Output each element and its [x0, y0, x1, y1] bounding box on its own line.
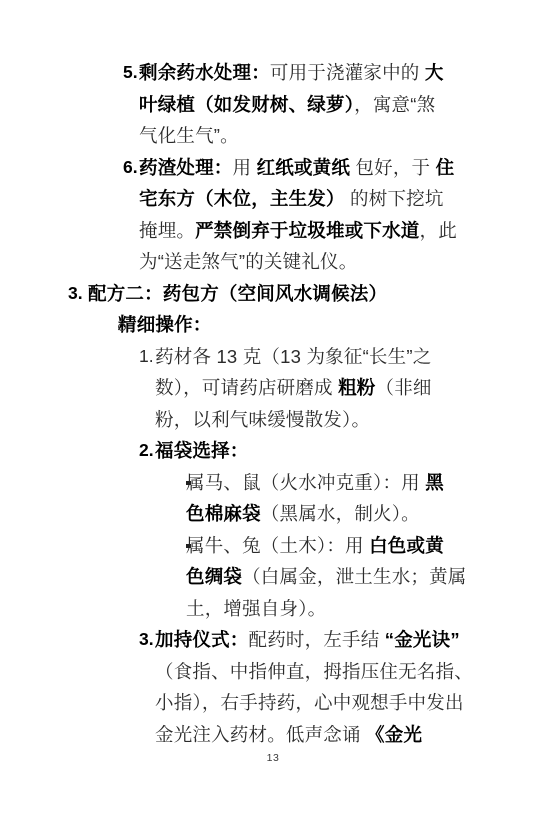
bold-text-run: 红纸或黄纸: [257, 157, 351, 178]
text-line: 精细操作：: [118, 309, 546, 341]
bold-text-run: 药渣处理：: [139, 157, 233, 178]
list-item-2-bag-selection: 2.福袋选择：: [155, 435, 546, 467]
text-line: 掩埋。严禁倒弃于垃圾堆或下水道，此: [139, 215, 546, 247]
bold-text-run: 色棉麻袋: [186, 503, 261, 524]
bold-text-run: 加持仪式：: [155, 629, 249, 650]
bold-text-run: 色绸袋: [186, 566, 242, 587]
text-run: 粉，以利气味缓慢散发）。: [155, 409, 370, 430]
text-line: 土，增强自身）。: [186, 593, 546, 625]
bold-text-run: 宅东方（木位，主生发）: [139, 188, 345, 209]
text-run: 金光注入药材。低声念诵: [155, 724, 366, 745]
text-line: 宅东方（木位，主生发） 的树下挖坑: [139, 183, 546, 215]
list-item-bullet-ox-rabbit: 属牛、兔（土木）：用 白色或黄色绸袋（白属金，泄土生水；黄属土，增强自身）。: [186, 530, 546, 625]
bold-text-run: 精细操作：: [118, 314, 212, 335]
text-line: 叶绿植（如发财树、绿萝），寓意“煞: [139, 89, 546, 121]
text-line: 色棉麻袋（黑属水，制火）。: [186, 498, 546, 530]
list-item-bullet-horse-rat: 属马、鼠（火水冲克重）：用 黑色棉麻袋（黑属水，制火）。: [186, 467, 546, 530]
text-line: 色绸袋（白属金，泄土生水；黄属: [186, 561, 546, 593]
text-line: 粉，以利气味缓慢散发）。: [155, 404, 546, 436]
text-run: 数），可请药店研磨成: [155, 377, 338, 398]
bold-text-run: 剩余药水处理：: [139, 62, 270, 83]
bold-text-run: 《金光: [366, 724, 422, 745]
bold-text-run: 粗粉: [338, 377, 375, 398]
text-run: 属牛、兔（土木）：用: [186, 535, 369, 556]
text-line: 药渣处理：用 红纸或黄纸 包好，于 住: [139, 152, 546, 184]
text-line: 小指），右手持药，心中观想手中发出: [155, 687, 546, 719]
list-item-1-herb-weight: 1.药材各 13 克（13 为象征“长生”之数），可请药店研磨成 粗粉（非细粉，…: [155, 341, 546, 436]
text-run: 掩埋。: [139, 220, 195, 241]
text-run: 的树下挖坑: [345, 188, 444, 209]
text-line: 属牛、兔（土木）：用 白色或黄: [186, 530, 546, 562]
text-run: 包好，于: [350, 157, 435, 178]
bold-text-run: 叶绿植（如发财树、绿萝）: [139, 94, 354, 115]
square-bullet-icon: [186, 481, 191, 486]
text-line: 药材各 13 克（13 为象征“长生”之: [155, 341, 546, 373]
list-number-marker: 1.: [139, 341, 154, 373]
text-run: ，此: [420, 220, 457, 241]
list-number-marker: 6.: [123, 152, 138, 184]
text-line: 为“送走煞气”的关键礼仪。: [139, 246, 546, 278]
list-item-fine-operation: 精细操作：: [118, 309, 546, 341]
page-number: 13: [0, 752, 546, 764]
bold-text-run: “金光诀”: [385, 629, 460, 650]
text-run: （白属金，泄土生水；黄属: [242, 566, 466, 587]
bold-text-run: 黑: [425, 472, 444, 493]
text-run: 可用于浇灌家中的: [270, 62, 425, 83]
bold-text-run: 大: [425, 62, 444, 83]
document-content: 5.剩余药水处理：可用于浇灌家中的 大叶绿植（如发财树、绿萝），寓意“煞气化生气…: [0, 57, 546, 750]
text-line: 福袋选择：: [155, 435, 546, 467]
text-line: 数），可请药店研磨成 粗粉（非细: [155, 372, 546, 404]
list-number-marker: 3.: [68, 278, 83, 310]
text-run: 土，增强自身）。: [186, 598, 326, 619]
text-run: 用: [233, 157, 257, 178]
text-run: 为“送走煞气”的关键礼仪。: [139, 251, 357, 272]
bold-text-run: 福袋选择：: [155, 440, 249, 461]
text-run: （非细: [376, 377, 432, 398]
text-line: 气化生气”。: [139, 120, 546, 152]
square-bullet-icon: [186, 544, 191, 549]
text-run: 配药时，左手结: [249, 629, 385, 650]
text-line: （食指、中指伸直，拇指压住无名指、: [155, 656, 546, 688]
text-run: ，寓意“煞: [354, 94, 435, 115]
list-number-marker: 2.: [139, 435, 154, 467]
circle-bullet-icon: [118, 323, 126, 331]
list-number-marker: 3.: [139, 624, 154, 656]
document-page: 5.剩余药水处理：可用于浇灌家中的 大叶绿植（如发财树、绿萝），寓意“煞气化生气…: [0, 0, 546, 816]
text-line: 金光注入药材。低声念诵 《金光: [155, 719, 546, 751]
list-item-3-formula-two: 3.配方二：药包方（空间风水调候法）: [88, 278, 546, 310]
bold-text-run: 白色或黄: [369, 535, 444, 556]
text-line: 配方二：药包方（空间风水调候法）: [88, 278, 546, 310]
bold-text-run: 住: [436, 157, 455, 178]
text-run: 小指），右手持药，心中观想手中发出: [155, 692, 464, 713]
list-item-6-dregs-disposal: 6.药渣处理：用 红纸或黄纸 包好，于 住宅东方（木位，主生发） 的树下挖坑掩埋…: [139, 152, 546, 278]
text-run: （黑属水，制火）。: [261, 503, 420, 524]
list-number-marker: 5.: [123, 57, 138, 89]
text-line: 属马、鼠（火水冲克重）：用 黑: [186, 467, 546, 499]
list-item-5-leftover-water: 5.剩余药水处理：可用于浇灌家中的 大叶绿植（如发财树、绿萝），寓意“煞气化生气…: [139, 57, 546, 152]
list-item-3-blessing-ritual: 3.加持仪式：配药时，左手结 “金光诀”（食指、中指伸直，拇指压住无名指、小指）…: [155, 624, 546, 750]
text-line: 加持仪式：配药时，左手结 “金光诀”: [155, 624, 546, 656]
text-run: 药材各 13 克（13 为象征“长生”之: [155, 346, 431, 367]
bold-text-run: 严禁倒弃于垃圾堆或下水道: [195, 220, 419, 241]
text-line: 剩余药水处理：可用于浇灌家中的 大: [139, 57, 546, 89]
text-run: 属马、鼠（火水冲克重）：用: [186, 472, 425, 493]
text-run: （食指、中指伸直，拇指压住无名指、: [155, 661, 473, 682]
text-run: 气化生气”。: [139, 125, 239, 146]
bold-text-run: 配方二：药包方（空间风水调候法）: [88, 283, 387, 304]
